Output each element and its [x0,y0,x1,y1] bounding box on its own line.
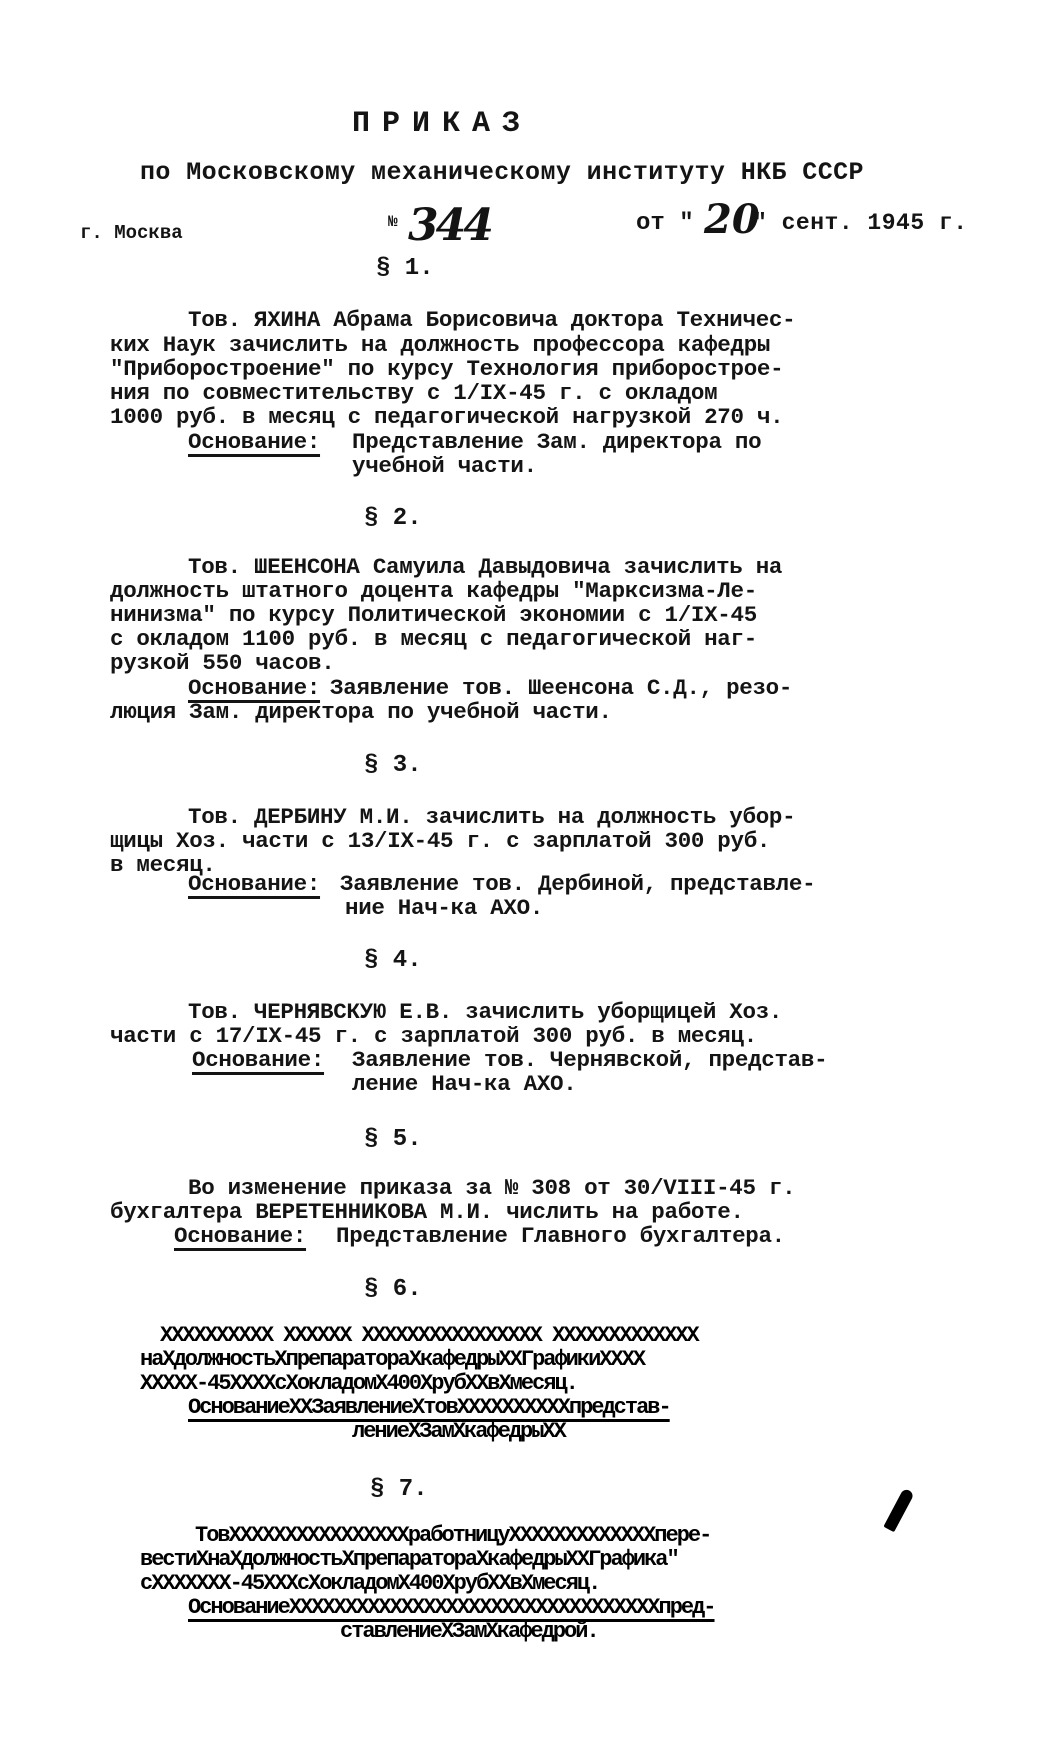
section-label: § 6. [364,1276,422,1303]
section-4-line: части с 17/IX-45 г. с зарплатой 300 руб.… [110,1024,757,1048]
section-5-basis-line: Представление Главного бухгалтера. [336,1224,785,1248]
basis-label: Основание: [188,676,320,700]
section-2-line: должность штатного доцента кафедры "Марк… [110,579,757,603]
section-5-line: бухгалтера ВЕРЕТЕННИКОВА М.И. числить на… [110,1200,744,1224]
section-1-line: ния по совместительству с 1/IX-45 г. с о… [110,381,717,405]
section-4-line: Тов. ЧЕРНЯВСКУЮ Е.В. зачислить уборщицей… [188,1000,782,1024]
section-2-line: нинизма" по курсу Политической экономии … [110,603,757,627]
city-label: г. Москва [80,222,183,244]
section-3-basis-line: ние Нач-ка АХО. [345,896,543,920]
basis-label: Основание: [188,430,320,454]
section-2-line: Тов. ШЕЕНСОНА Самуила Давыдовича зачисли… [188,555,782,579]
section-1-line: 1000 руб. в месяц с педагогической нагру… [110,405,783,429]
section-5-line: Во изменение приказа за № 308 от 30/VIII… [188,1176,795,1200]
struck-out-line: ОснованиеXXXXXXXXXXXXXXXXXXXXXXXXXXXXXXX… [188,1596,715,1620]
struck-out-line: XXXXX-45XXXXсXокладомX400XрубXXвXмесяц. [140,1372,577,1396]
struck-out-line: ОснованиеXXЗаявлениеXтовXXXXXXXXXXпредст… [188,1396,670,1420]
order-number-handwritten: 344 [408,200,491,251]
section-4-basis-line: Заявление тов. Чернявской, представ- [352,1048,827,1072]
number-sign: № [388,213,398,231]
section-2-basis-line: люция Зам. директора по учебной части. [110,700,612,724]
section-1-line: "Приборостроение" по курсу Технология пр… [110,357,783,381]
basis-label: Основание: [192,1048,324,1072]
struck-out-line: лениеXЗамXкафедрыXX [352,1420,565,1444]
struck-out-line: ставлениеXЗамXкафедрой. [340,1620,598,1644]
struck-out-line: ТовXXXXXXXXXXXXXXXXработницуXXXXXXXXXXXX… [195,1524,710,1548]
section-label: § 5. [364,1126,422,1153]
section-3-basis-line: Заявление тов. Дербиной, представле- [340,872,815,896]
section-1-line: ких Наук зачислить на должность профессо… [110,333,770,357]
struck-out-line: сXXXXXXX-45XXXсXокладомX400XрубXXвXмесяц… [140,1572,599,1596]
struck-out-line: вестиXнаXдолжностьXпрепаратораXкафедрыXX… [140,1548,678,1572]
struck-out-line: наXдолжностьXпрепаратораXкафедрыXXГрафик… [140,1348,644,1372]
section-4-basis-line: ление Нач-ка АХО. [352,1072,576,1096]
date-month-year: " сент. 1945 г. [753,210,968,236]
basis-label: Основание: [188,872,320,896]
basis-label: Основание: [174,1224,306,1248]
date-day-handwritten: 20 [704,196,760,243]
pen-stroke-mark [883,1488,914,1532]
section-3-line: Тов. ДЕРБИНУ М.И. зачислить на должность… [188,805,795,829]
section-2-basis-line: Заявление тов. Шеенсона С.Д., резо- [330,676,792,700]
section-1-line: Тов. ЯХИНА Абрама Борисовича доктора Тех… [188,308,795,332]
scanned-order-document: ПРИКАЗ по Московскому механическому инст… [0,0,1060,1741]
section-label: § 7. [370,1476,428,1503]
section-label: § 4. [364,947,422,974]
struck-out-line: XXXXXXXXXX XXXXXX XXXXXXXXXXXXXXXX XXXXX… [160,1324,698,1348]
issuing-organization: по Московскому механическому институту Н… [140,158,864,187]
document-title: ПРИКАЗ [352,107,532,141]
section-label: § 1. [376,255,434,282]
section-3-line: щицы Хоз. части с 13/IX-45 г. с зарплато… [110,829,770,853]
date-prefix: от " [636,210,694,237]
section-label: § 3. [364,752,422,779]
section-2-line: рузкой 550 часов. [110,651,334,675]
section-1-basis-line: Представление Зам. директора по [352,430,761,454]
section-2-line: с окладом 1100 руб. в месяц с педагогиче… [110,627,757,651]
section-label: § 2. [364,505,422,532]
section-1-basis-line: учебной части. [352,454,537,478]
